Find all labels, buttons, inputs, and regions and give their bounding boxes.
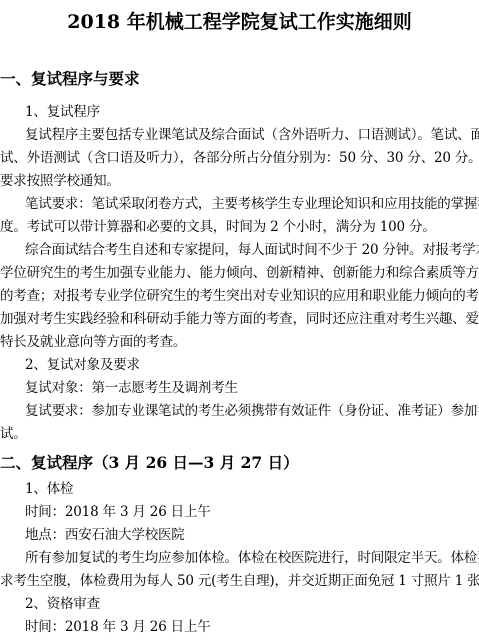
paragraph-line: 1、复试程序 <box>0 101 479 124</box>
paragraph-line: 复试要求：参加专业课笔试的考生必须携带有效证件（身份证、准考证）参加考 <box>0 400 479 423</box>
paragraph-line: 复试对象：第一志愿考生及调剂考生 <box>0 377 479 400</box>
paragraph-line: 度。考试可以带计算器和必要的文具，时间为 2 个小时，满分为 100 分。 <box>0 216 479 239</box>
paragraph-line: 2、复试对象及要求 <box>0 354 479 377</box>
paragraph-line: 学位研究生的考生加强专业能力、能力倾向、创新精神、创新能力和综合素质等方面 <box>0 262 479 285</box>
paragraph-line: 地点：西安石油大学校医院 <box>0 524 479 547</box>
paragraph-line: 加强对考生实践经验和科研动手能力等方面的考查，同时还应注重对考生兴趣、爱好、 <box>0 308 479 331</box>
document-page: 2018 年机械工程学院复试工作实施细则 一、复试程序与要求 1、复试程序 复试… <box>0 0 479 643</box>
section-2-heading: 二、复试程序（3 月 26 日—3 月 27 日） <box>0 450 479 476</box>
paragraph-line: 的考查；对报考专业学位研究生的考生突出对专业知识的应用和职业能力倾向的考查 <box>0 285 479 308</box>
paragraph-line: 时间：2018 年 3 月 26 日上午 <box>0 501 479 524</box>
paragraph-line: 2、资格审查 <box>0 593 479 616</box>
paragraph-line: 求考生空腹，体检费用为每人 50 元(考生自理)，并交近期正面免冠 1 寸照片 … <box>0 570 479 593</box>
paragraph-line: 复试程序主要包括专业课笔试及综合面试（含外语听力、口语测试）。笔试、面 <box>0 124 479 147</box>
paragraph-line: 笔试要求：笔试采取闭卷方式，主要考核学生专业理论知识和应用技能的掌握程 <box>0 193 479 216</box>
paragraph-line: 时间：2018 年 3 月 26 日上午 <box>0 616 479 639</box>
paragraph-line: 试、外语测试（含口语及听力），各部分所占分值分别为：50 分、30 分、20 分… <box>0 147 479 170</box>
document-title: 2018 年机械工程学院复试工作实施细则 <box>0 0 479 36</box>
section-1-heading: 一、复试程序与要求 <box>0 68 479 90</box>
paragraph-line: 1、体检 <box>0 478 479 501</box>
paragraph-line: 综合面试结合考生自述和专家提问，每人面试时间不少于 20 分钟。对报考学术 <box>0 239 479 262</box>
paragraph-line: 要求按照学校通知。 <box>0 170 479 193</box>
paragraph-line: 特长及就业意向等方面的考查。 <box>0 331 479 354</box>
paragraph-line: 所有参加复试的考生均应参加体检。体检在校医院进行，时间限定半天。体检要 <box>0 547 479 570</box>
paragraph-line: 试。 <box>0 423 479 446</box>
